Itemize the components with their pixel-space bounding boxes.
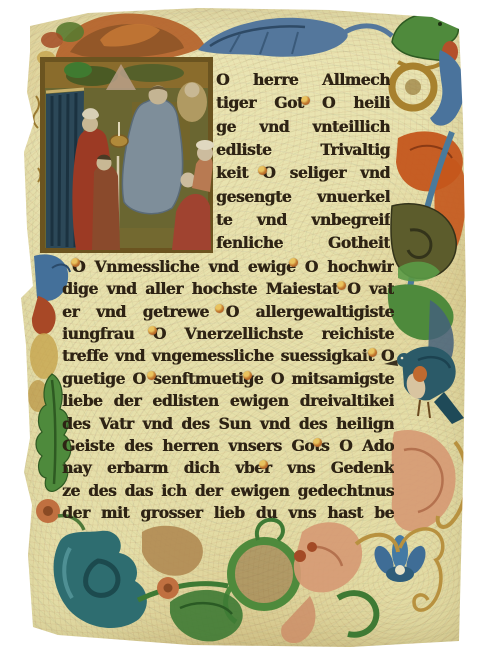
text-line: gesengte vnuerkel — [216, 185, 390, 209]
text-line: ge vnd vnteillich — [216, 115, 390, 139]
rubric-dot — [368, 348, 377, 357]
bottom-tan-acanthus-icon — [142, 526, 203, 599]
rubric-dot — [148, 326, 157, 335]
rubric-dot — [258, 166, 267, 175]
text-line: guetige O senftmuetige O mitsamigste — [62, 367, 394, 391]
text-line: iungfrau O Vnerzellichste reichiste — [62, 322, 394, 346]
blue-columbine-flower-icon — [371, 535, 430, 582]
text-line: keit O seliger vnd — [216, 161, 390, 185]
right-salmon-acanthus-icon — [392, 430, 467, 531]
text-line: liebe der edlisten ewigen dreivaltikei — [62, 389, 394, 413]
rubric-dot — [301, 96, 310, 105]
photo-backdrop: O herre Allmech tiger Got O heili ge vnd… — [0, 0, 480, 651]
text-line: er vnd getrewe O allergewaltigiste — [62, 300, 394, 324]
right-gold-curl-icon — [392, 66, 434, 108]
text-line: des Vatr vnd des Sun vnd des heilign — [62, 412, 394, 436]
rubric-dot — [259, 460, 268, 469]
text-line: Geiste des herren vnsers Gots O Ado — [62, 434, 394, 458]
text-line: ze des das ich der ewigen gedechtnus — [62, 479, 394, 503]
rubric-dot — [243, 371, 252, 380]
text-line: treffe vnd vngemessliche suessigkait O — [62, 344, 394, 368]
rubric-dot — [337, 281, 346, 290]
rubric-dot — [313, 438, 322, 447]
rubric-dot — [289, 258, 298, 267]
top-oak-leaf-blue-icon — [198, 18, 392, 57]
text-line: fenliche Gotheit — [216, 231, 390, 255]
rubric-dot — [147, 371, 156, 380]
miniature-attendant-head — [185, 83, 200, 98]
miniature-devotional-scene — [40, 57, 214, 253]
text-line: O Vnmessliche vnd ewige O hochwir — [62, 255, 394, 279]
rubric-dot — [71, 258, 80, 267]
manuscript-page: O herre Allmech tiger Got O heili ge vnd… — [0, 0, 480, 651]
right-bird-icon — [384, 346, 464, 424]
rubric-dot — [215, 304, 224, 313]
text-line: nay erbarm dich vber vns Gedenk — [62, 456, 394, 480]
text-line: der mit grosser lieb du vns hast be — [62, 501, 394, 525]
text-line: O herre Allmech — [216, 68, 390, 92]
text-line: edliste Trivaltig — [216, 138, 390, 162]
text-line: te vnd vnbegreif — [216, 208, 390, 232]
